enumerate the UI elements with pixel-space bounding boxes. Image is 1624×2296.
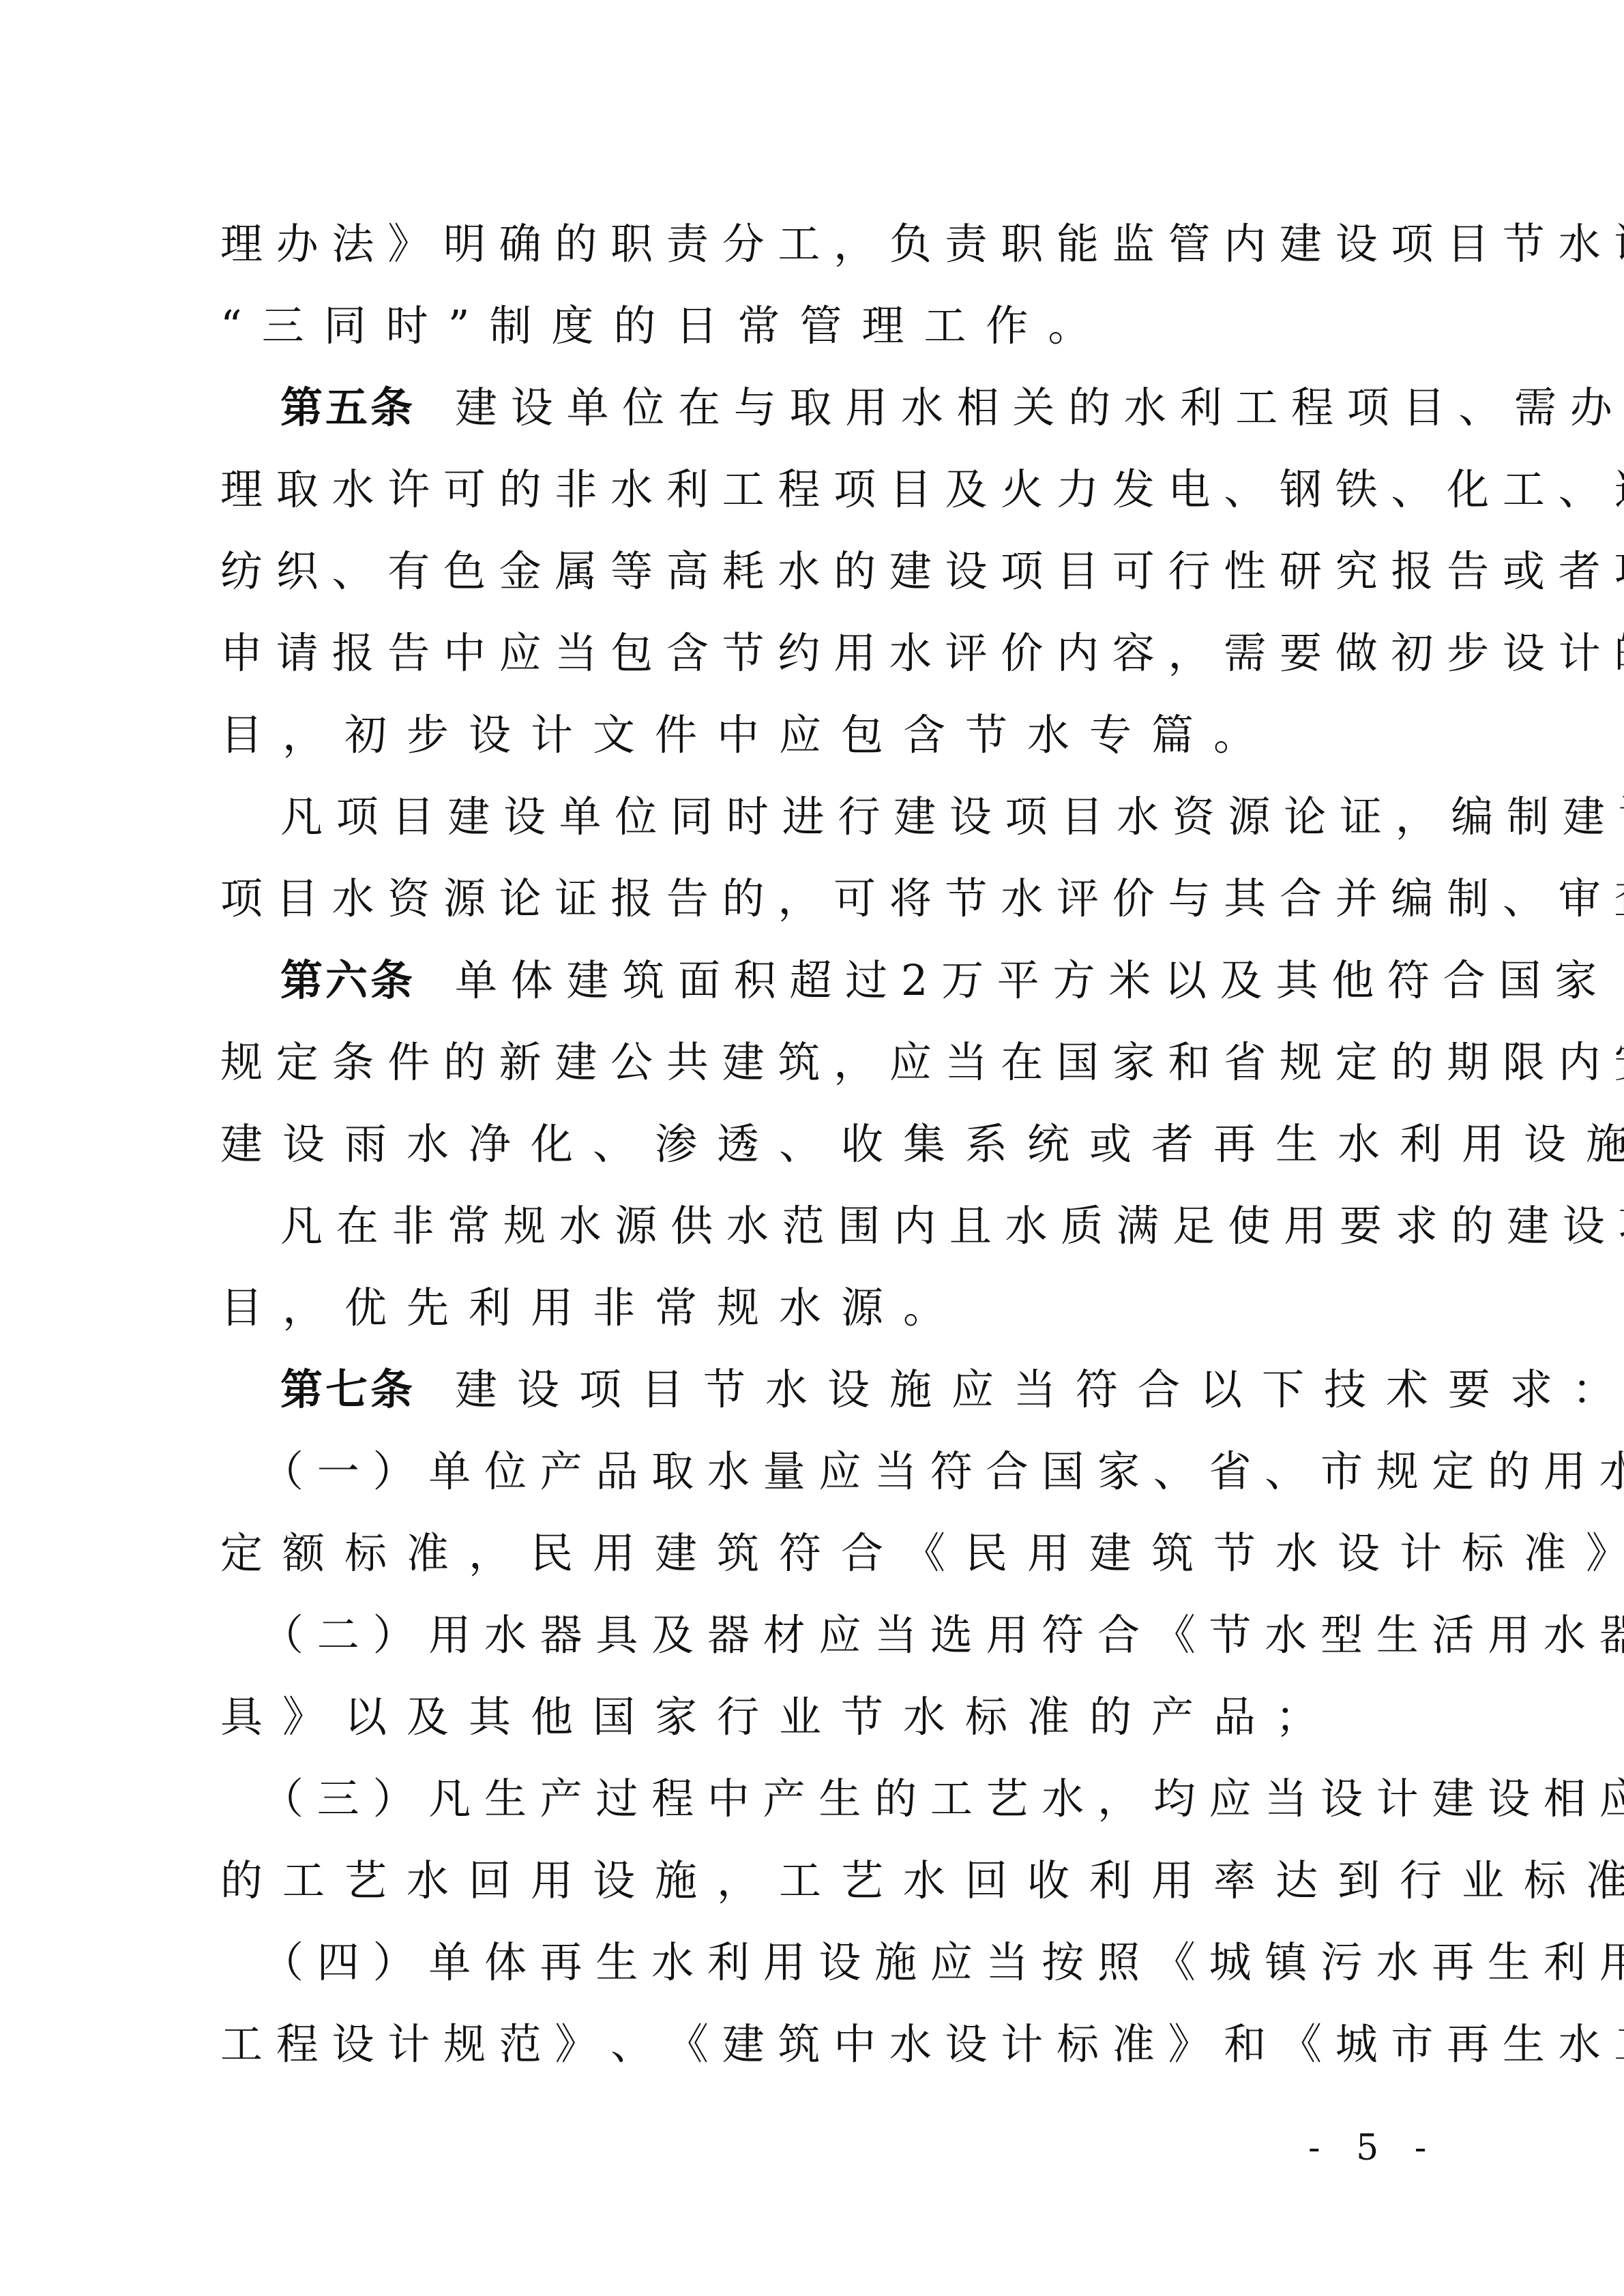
- line-text: 定额标准，民用建筑符合《民用建筑节水设计标准》；: [220, 1528, 1624, 1578]
- page-number: - 5 -: [1308, 2128, 1438, 2168]
- line-text: 目，优先利用非常规水源。: [220, 1283, 965, 1332]
- line-text: 建设雨水净化、渗透、收集系统或者再生水利用设施。: [220, 1119, 1624, 1169]
- line-text: 凡 在 非 常 规 水 源 供 水 范 围 内 且 水 质 满 足 使 用 要 …: [280, 1201, 1624, 1251]
- document-page: 理 办 法 》 明 确 的 职 责 分 工 ， 负 责 职 能 监 管 内 建 …: [0, 0, 1624, 2296]
- text-line: 目，优先利用非常规水源。: [220, 1281, 1406, 1362]
- line-text: （ 三 ） 凡 生 产 过 程 中 产 生 的 工 艺 水 ， 均 应 当 设 …: [261, 1774, 1624, 1823]
- list-item-3: （ 三 ） 凡 生 产 过 程 中 产 生 的 工 艺 水 ， 均 应 当 设 …: [220, 1772, 1406, 1853]
- text-line: 凡 在 非 常 规 水 源 供 水 范 围 内 且 水 质 满 足 使 用 要 …: [220, 1199, 1406, 1281]
- line-text: 工 程 设 计 规 范 》 、 《 建 筑 中 水 设 计 标 准 》 和 《 …: [220, 2019, 1624, 2069]
- line-text: 具》以及其他国家行业节水标准的产品；: [220, 1692, 1338, 1742]
- article-6-line: 第六条单 体 建 筑 面 积 超 过 2 万 平 方 米 以 及 其 他 符 合…: [220, 953, 1406, 1035]
- line-text: 单 体 建 筑 面 积 超 过 2 万 平 方 米 以 及 其 他 符 合 国 …: [455, 955, 1597, 1005]
- line-text: 项 目 水 资 源 论 证 报 告 的 ， 可 将 节 水 评 价 与 其 合 …: [220, 874, 1624, 923]
- body-text: 理 办 法 》 明 确 的 职 责 分 工 ， 负 责 职 能 监 管 内 建 …: [220, 217, 1406, 2099]
- text-line: 理 办 法 》 明 确 的 职 责 分 工 ， 负 责 职 能 监 管 内 建 …: [220, 217, 1406, 299]
- text-line: 定额标准，民用建筑符合《民用建筑节水设计标准》；: [220, 1526, 1406, 1608]
- line-text: 理 办 法 》 明 确 的 职 责 分 工 ， 负 责 职 能 监 管 内 建 …: [220, 219, 1624, 269]
- article-7-line: 第七条建设项目节水设施应当符合以下技术要求：: [220, 1362, 1406, 1444]
- line-text: 申 请 报 告 中 应 当 包 含 节 约 用 水 评 价 内 容 ， 需 要 …: [220, 628, 1624, 678]
- text-line: 申 请 报 告 中 应 当 包 含 节 约 用 水 评 价 内 容 ， 需 要 …: [220, 626, 1406, 708]
- line-text: 理 取 水 许 可 的 非 水 利 工 程 项 目 及 火 力 发 电 、 钢 …: [220, 464, 1624, 514]
- text-line: 具》以及其他国家行业节水标准的产品；: [220, 1690, 1406, 1772]
- article-5-line: 第五条建 设 单 位 在 与 取 用 水 相 关 的 水 利 工 程 项 目 、…: [220, 381, 1406, 462]
- line-text: 纺 织 、 有 色 金 属 等 高 耗 水 的 建 设 项 目 可 行 性 研 …: [220, 546, 1624, 596]
- text-line: “三同时”制度的日常管理工作。: [220, 299, 1406, 381]
- text-line: 项 目 水 资 源 论 证 报 告 的 ， 可 将 节 水 评 价 与 其 合 …: [220, 871, 1406, 953]
- line-text: “三同时”制度的日常管理工作。: [220, 301, 1110, 351]
- text-line: 建设雨水净化、渗透、收集系统或者再生水利用设施。: [220, 1117, 1406, 1199]
- text-line: 凡 项 目 建 设 单 位 同 时 进 行 建 设 项 目 水 资 源 论 证 …: [220, 790, 1406, 871]
- line-text: 凡 项 目 建 设 单 位 同 时 进 行 建 设 项 目 水 资 源 论 证 …: [280, 792, 1624, 841]
- text-line: 规 定 条 件 的 新 建 公 共 建 筑 ， 应 当 在 国 家 和 省 规 …: [220, 1035, 1406, 1117]
- article-heading: 第六条: [280, 955, 415, 1005]
- article-heading: 第七条: [280, 1365, 415, 1414]
- list-item-1: （ 一 ） 单 位 产 品 取 水 量 应 当 符 合 国 家 、 省 、 市 …: [220, 1444, 1406, 1526]
- article-heading: 第五条: [280, 383, 415, 432]
- line-text: （ 二 ） 用 水 器 具 及 器 材 应 当 选 用 符 合 《 节 水 型 …: [261, 1610, 1624, 1660]
- line-text: 建设项目节水设施应当符合以下技术要求：: [455, 1365, 1624, 1414]
- line-text: （ 一 ） 单 位 产 品 取 水 量 应 当 符 合 国 家 、 省 、 市 …: [261, 1446, 1624, 1496]
- list-item-4: （ 四 ） 单 体 再 生 水 利 用 设 施 应 当 按 照 《 城 镇 污 …: [220, 1935, 1406, 2017]
- line-text: （ 四 ） 单 体 再 生 水 利 用 设 施 应 当 按 照 《 城 镇 污 …: [261, 1937, 1624, 1987]
- line-text: 目，初步设计文件中应包含节水专篇。: [220, 710, 1275, 760]
- text-line: 的工艺水回用设施，工艺水回收利用率达到行业标准以上；: [220, 1853, 1406, 1935]
- list-item-2: （ 二 ） 用 水 器 具 及 器 材 应 当 选 用 符 合 《 节 水 型 …: [220, 1608, 1406, 1690]
- text-line: 纺 织 、 有 色 金 属 等 高 耗 水 的 建 设 项 目 可 行 性 研 …: [220, 544, 1406, 626]
- text-line: 理 取 水 许 可 的 非 水 利 工 程 项 目 及 火 力 发 电 、 钢 …: [220, 462, 1406, 544]
- line-text: 建 设 单 位 在 与 取 用 水 相 关 的 水 利 工 程 项 目 、 需 …: [455, 383, 1612, 432]
- text-line: 目，初步设计文件中应包含节水专篇。: [220, 708, 1406, 790]
- text-line: 工 程 设 计 规 范 》 、 《 建 筑 中 水 设 计 标 准 》 和 《 …: [220, 2017, 1406, 2099]
- line-text: 规 定 条 件 的 新 建 公 共 建 筑 ， 应 当 在 国 家 和 省 规 …: [220, 1037, 1624, 1087]
- line-text: 的工艺水回用设施，工艺水回收利用率达到行业标准以上；: [220, 1855, 1624, 1905]
